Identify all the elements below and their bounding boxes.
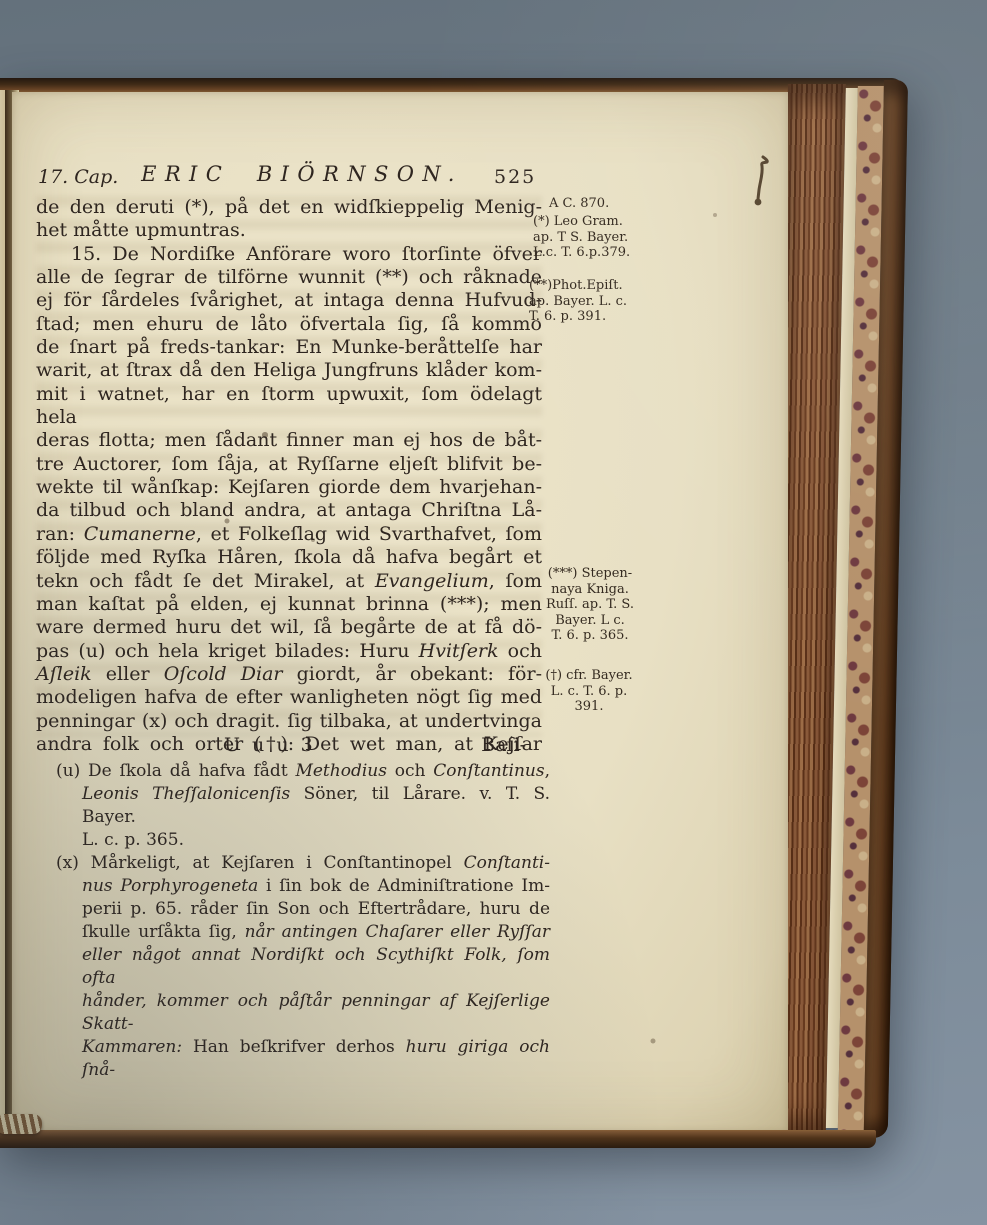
footnotes: (u) De ſkola då hafva fådt Methodius och… <box>56 760 550 1082</box>
catchword: Baſi- <box>481 734 526 756</box>
margin-note-star: (*) Leo Gram. ap. T S. Bayer. L.c. T. 6.… <box>533 214 743 261</box>
margin-note-dagger: (†) cfr. Bayer. L. c. T. 6. p. 391. <box>529 668 649 715</box>
footnote-line: perii p. 65. råder ſin Son och Eftertråd… <box>56 898 550 921</box>
body-text-line: 15. De Nordiſke Anförare woro ſtorſinte … <box>36 243 542 266</box>
body-text-line: de ſnart på freds-tankar: En Munke-beråt… <box>36 336 542 359</box>
page-title: ERIC BIÖRNSON. <box>122 162 482 186</box>
book: 17. Cap. ERIC BIÖRNSON. 525 de den derut… <box>0 78 908 1148</box>
ink-mark <box>750 154 772 208</box>
book-page: 17. Cap. ERIC BIÖRNSON. 525 de den derut… <box>12 92 788 1132</box>
book-right-edges <box>768 80 908 1142</box>
body-text-line: ran: Cumanerne, et Folkeſlag wid Svartha… <box>36 523 542 546</box>
footnote-line: nus Porphyrogeneta i ſin bok de Adminiſt… <box>56 875 550 898</box>
chapter-label: 17. Cap. <box>38 166 118 188</box>
signature-line: U u u 3 Baſi- <box>36 734 542 756</box>
footnote-line: Leonis Theſſalonicenſis Söner, til Lårar… <box>56 783 550 829</box>
book-bottom-edge <box>0 1130 876 1148</box>
body-text-line: ſtad; men ehuru de låto öfvertala ſig, ſ… <box>36 313 542 336</box>
body-text-line: modeligen hafva de efter wanligheten nög… <box>36 686 542 709</box>
body-text-line: da tilbud och bland andra, at antaga Chr… <box>36 499 542 522</box>
footnote-line: hånder, kommer och påſtår penningar af K… <box>56 990 550 1036</box>
body-text-line: warit, at ſtrax då den Heliga Jungfruns … <box>36 359 542 382</box>
footnote-line: (u) De ſkola då hafva fådt Methodius och… <box>56 760 550 783</box>
book-top-edge <box>0 78 902 92</box>
body-text: de den deruti (*), på det en widſkieppel… <box>36 196 542 756</box>
margin-note-double-star: (**)Phot.Epiſt. ap. Bayer. L. c. T. 6. p… <box>529 278 739 325</box>
margin-note-date: A C. 870. <box>549 196 759 212</box>
body-text-line: wekte til wånſkap: Kejſaren giorde dem h… <box>36 476 542 499</box>
body-text-line: alle de ſegrar de tilförne wunnit (**) o… <box>36 266 542 289</box>
photo-backdrop: 17. Cap. ERIC BIÖRNSON. 525 de den derut… <box>0 0 987 1225</box>
footnote-line: eller något annat Nordiſkt och Scythiſkt… <box>56 944 550 990</box>
body-text-line: ware dermed huru det wil, ſå begårte de … <box>36 616 542 639</box>
body-text-line: penningar (x) och dragit. ſig tilbaka, a… <box>36 710 542 733</box>
headband <box>0 1114 42 1134</box>
footnote-line: Kammaren: Han beſkrifver derhos huru gir… <box>56 1036 550 1082</box>
body-text-line: pas (u) och hela kriget bilades: Huru Hv… <box>36 640 542 663</box>
page-number: 525 <box>494 166 536 188</box>
footnote-line: L. c. p. 365. <box>56 829 550 852</box>
gathering-mark: U u u 3 <box>224 734 316 756</box>
body-text-line: het måtte upmuntras. <box>36 219 542 242</box>
body-text-line: Aſleik eller Oſcold Diar giordt, år obek… <box>36 663 542 686</box>
body-text-line: tekn och fådt ſe det Mirakel, at Evangel… <box>36 570 542 593</box>
margin-note-triple-star: (***) Stepen- naya Kniga. Ruſſ. ap. T. S… <box>525 566 655 644</box>
footnote-line: (x) Mårkeligt, at Kejſaren i Conſtantino… <box>56 852 550 875</box>
body-text-line: tre Auctorer, ſom ſåja, at Ryſſarne elje… <box>36 453 542 476</box>
footnote-line: ſkulle urſåkta ſig, når antingen Chaſare… <box>56 921 550 944</box>
body-text-line: man kaſtat på elden, ej kunnat brinna (*… <box>36 593 542 616</box>
body-text-line: ej för ſårdeles ſvårighet, at intaga den… <box>36 289 542 312</box>
body-text-line: följde med Ryſka Håren, ſkola då hafva b… <box>36 546 542 569</box>
body-text-line: deras flotta; men ſådant finner man ej h… <box>36 429 542 452</box>
body-text-line: mit i watnet, har en ſtorm upwuxit, ſom … <box>36 383 542 430</box>
ink-stroke <box>750 154 772 208</box>
paper-specks <box>12 92 14 94</box>
body-text-line: de den deruti (*), på det en widſkieppel… <box>36 196 542 219</box>
